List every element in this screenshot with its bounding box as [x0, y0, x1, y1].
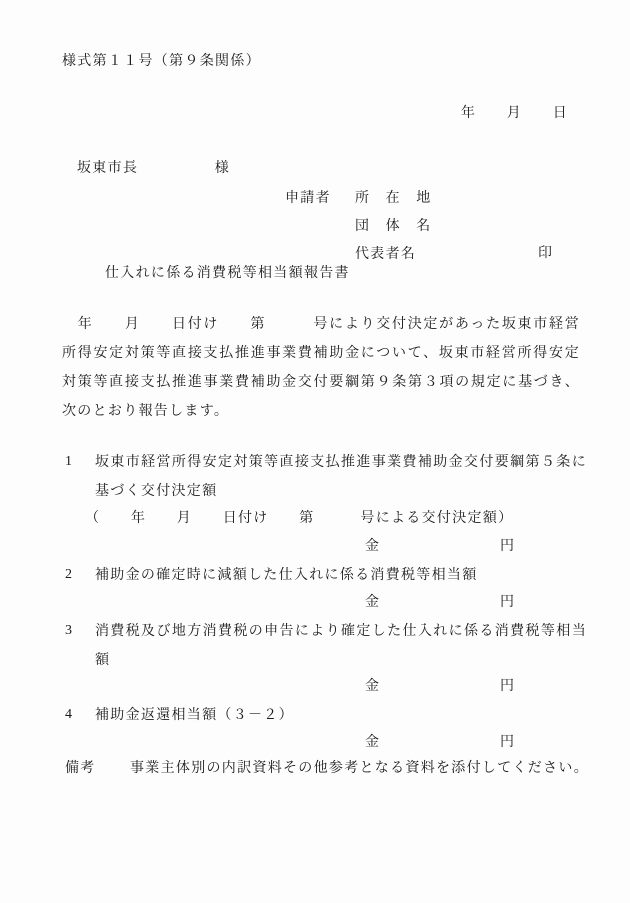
applicant-field-organization: 団 体 名: [355, 217, 432, 237]
item-4-unit-label: 円: [500, 733, 515, 753]
form-number: 様式第１１号（第９条関係）: [62, 52, 261, 72]
item-4-text: 補助金返還相当額（３－２）: [95, 701, 587, 730]
item-1-text: 坂東市経営所得安定対策等直接支払推進事業費補助金交付要綱第５条に基づく交付決定額: [95, 448, 587, 506]
body-paragraph: 年 月 日付け 第 号により交付決定があった坂東市経営所得安定対策等直接支払推進…: [62, 310, 580, 426]
seal-mark: 印: [538, 244, 553, 264]
applicant-field-address: 所 在 地: [355, 189, 432, 209]
remark-text: 事業主体別の内訳資料その他参考となる資料を添付してください。: [130, 759, 589, 779]
item-2-unit-label: 円: [500, 593, 515, 613]
date-line: 年 月 日: [461, 104, 568, 124]
document-page: 様式第１１号（第９条関係） 年 月 日 坂東市長 様 申請者 所 在 地 団 体…: [0, 0, 630, 903]
item-1-subline: （ 年 月 日付け 第 号による交付決定額）: [85, 509, 513, 529]
item-4-number: 4: [65, 705, 73, 725]
addressee: 坂東市長 様: [77, 159, 230, 179]
item-3-unit-label: 円: [500, 677, 515, 697]
applicant-field-representative: 代表者名: [355, 245, 416, 265]
item-1-unit-label: 円: [500, 537, 515, 557]
item-2-text: 補助金の確定時に減額した仕入れに係る消費税等相当額: [95, 561, 587, 590]
item-2-number: 2: [65, 565, 73, 585]
item-3-text: 消費税及び地方消費税の申告により確定した仕入れに係る消費税等相当額: [95, 617, 587, 675]
remark-label: 備考: [65, 759, 96, 779]
item-3-amount-label: 金: [365, 677, 380, 697]
item-1-amount-label: 金: [365, 537, 380, 557]
item-2-amount-label: 金: [365, 593, 380, 613]
item-4-amount-label: 金: [365, 733, 380, 753]
applicant-label: 申請者: [285, 189, 331, 209]
item-1-number: 1: [65, 452, 73, 472]
document-title: 仕入れに係る消費税等相当額報告書: [105, 264, 350, 284]
item-3-number: 3: [65, 621, 73, 641]
